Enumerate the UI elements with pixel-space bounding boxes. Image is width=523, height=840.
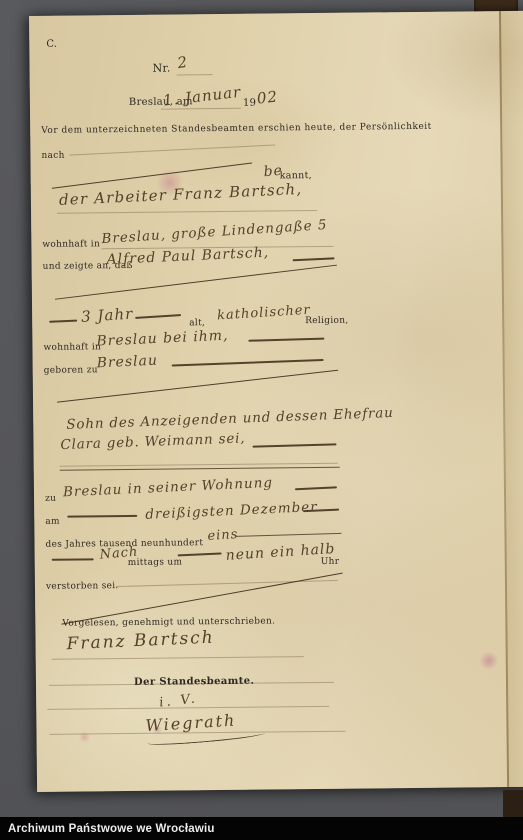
born-label: geboren zu — [44, 365, 98, 376]
ink-rule — [235, 533, 341, 537]
death-day-label: am — [45, 517, 60, 527]
separator-rule — [60, 467, 340, 471]
form-rule — [60, 463, 338, 467]
death-place-label: zu — [45, 494, 56, 504]
form-rule — [69, 145, 275, 156]
declarant-signature: Franz Bartsch — [66, 628, 215, 655]
ink-dash — [293, 257, 335, 260]
form-rule — [116, 580, 338, 587]
relation-line-2: Clara geb. Weimann sei, — [60, 430, 245, 453]
ink-dash — [135, 314, 181, 318]
death-place-value: Breslau in seiner Wohnung — [63, 475, 274, 501]
ink-dash — [252, 443, 336, 447]
time-label: mittags um — [128, 557, 183, 568]
residence-label: wohnhaft in — [42, 239, 100, 250]
born-value: Breslau — [96, 353, 158, 372]
residence-value: Breslau, große Lindengaße 5 — [101, 217, 328, 247]
died-label: verstorben sei. — [46, 581, 119, 592]
printed-century: 19 — [243, 98, 256, 109]
handwritten-date: 1. Januar — [162, 83, 242, 110]
ink-dash — [52, 558, 94, 560]
age-value: 3 Jahr — [81, 305, 134, 326]
ink-dash — [295, 486, 337, 489]
religion-value: katholischer — [217, 303, 311, 324]
ink-dash — [172, 359, 324, 366]
registrar-label: Der Standesbeamte. — [134, 676, 255, 688]
ink-dash — [49, 320, 77, 323]
archive-scan: C. Nr. 2 Breslau, am 1. Januar 19 02 Vor… — [0, 0, 523, 840]
closing-line: Vorgelesen, genehmigt und unterschrieben… — [62, 616, 275, 628]
death-year-value: eins — [207, 527, 239, 544]
time-suffix: Uhr — [321, 557, 340, 567]
intro-line-2: nach — [41, 151, 64, 161]
residence2-value: Breslau bei ihm, — [96, 328, 229, 350]
relation-line-1: Sohn des Anzeigenden und dessen Ehefrau — [66, 405, 394, 433]
form-rule — [161, 108, 241, 110]
ink-dash — [67, 515, 137, 517]
book-binding-corner — [503, 790, 523, 820]
archive-footer-bar: Archiwum Państwowe we Wrocławiu — [0, 817, 523, 840]
form-rule — [177, 74, 213, 75]
ink-dash — [303, 509, 339, 512]
residence2-label: wohnhaft in — [43, 342, 101, 353]
intro-line-1: Vor dem unterzeichneten Standesbeamten e… — [41, 122, 432, 136]
record-number-label: Nr. — [152, 62, 170, 75]
form-rule — [57, 210, 317, 214]
ink-dash — [178, 552, 222, 555]
pink-stain — [479, 651, 499, 670]
register-page: C. Nr. 2 Breslau, am 1. Januar 19 02 Vor… — [29, 10, 523, 792]
record-number-value: 2 — [176, 53, 189, 72]
corner-mark: C. — [46, 39, 57, 50]
age-label: alt, — [189, 318, 205, 328]
religion-label: Religion, — [305, 316, 348, 326]
archive-name: Archiwum Państwowe we Wrocławiu — [8, 823, 215, 835]
time-value: neun ein halb — [225, 541, 336, 564]
ink-stroke — [57, 370, 338, 403]
handwritten-year: 02 — [256, 87, 279, 107]
form-rule — [47, 706, 329, 710]
form-rule — [52, 656, 304, 660]
ink-dash — [248, 338, 324, 342]
death-day-value: dreißigsten Dezember — [145, 499, 318, 523]
